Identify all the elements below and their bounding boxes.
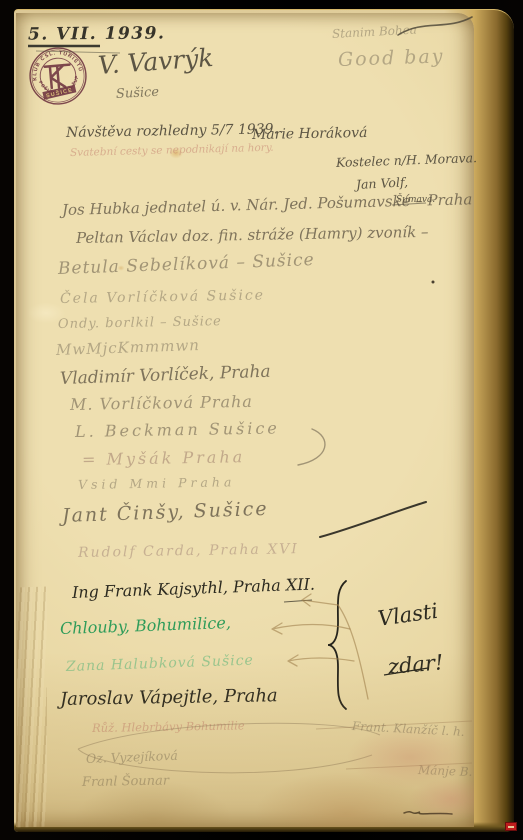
signature-e14: Čela Vorlíčková Sušice <box>60 287 265 307</box>
signature-e28: Vlasti <box>376 599 439 631</box>
signature-e4: Good bay <box>338 45 445 71</box>
signature-e11: Jos Hubka jednatel ú. v. Nár. Jed. Pošum… <box>62 190 473 219</box>
signature-e26: Zana Halubková Sušice <box>66 652 254 675</box>
pencil-arrows <box>272 594 368 699</box>
signature-e2: Sušice <box>116 85 160 102</box>
signature-e32: Franl Šounar <box>82 773 169 790</box>
signature-e13: Betula Sebelíková – Sušice <box>58 250 315 279</box>
signature-e19: L. Beckman Sušice <box>75 418 280 441</box>
red-scan-marker-dash <box>508 826 514 828</box>
signature-e21: Vsid Mmi Praha <box>78 474 236 492</box>
signature-e12: Peltan Václav doz. fin. stráže (Hamry) z… <box>76 223 429 247</box>
signature-e34: Mánje B. <box>418 763 473 779</box>
signature-e24: Ing Frank Kajsythl, Praha XII. <box>72 575 316 602</box>
signature-e23: Rudolf Carda, Praha XVI <box>78 541 299 561</box>
ink-squiggle-stroke <box>404 812 452 814</box>
signature-e33: Frant. Klanžíč l. h. <box>352 719 465 739</box>
date-heading: 5. VII. 1939. <box>28 23 166 44</box>
signature-e22: Jant Činšy, Sušice <box>62 498 269 527</box>
torn-edge-creases <box>17 586 47 827</box>
ink-speck <box>432 281 435 284</box>
signature-e3: Stanim Bohea <box>332 23 418 41</box>
red-scan-marker-icon <box>505 822 517 831</box>
signature-e9: Jan Volf, <box>356 174 409 192</box>
signature-e16: MwMjcKmmmwn <box>56 336 201 359</box>
signature-e20: = Myšák Praha <box>82 447 246 469</box>
signature-e7: Svatební cesty se nepodnikají na hory. <box>70 142 274 159</box>
book-background: 5. VII. 1939. KLUB ČSL. TURISTŮ POŠUMAVS… <box>0 0 523 840</box>
signature-e25: Chlouby, Bohumilice, <box>60 613 232 638</box>
signature-e8: Kostelec n/H. Morava. <box>336 150 478 170</box>
guestbook-page: 5. VII. 1939. KLUB ČSL. TURISTŮ POŠUMAVS… <box>16 13 474 827</box>
paper-wear-overlay <box>16 652 474 827</box>
tourist-club-stamp-icon: KLUB ČSL. TURISTŮ POŠUMAVSKÁ ŽUPA SUŠICE <box>25 43 90 108</box>
signature-e17: Vladimír Vorlíček, Praha <box>60 362 271 389</box>
signature-e31: Oz. Vyzejíková <box>86 748 178 766</box>
stamp-monogram-icon <box>45 65 72 89</box>
signature-e18: M. Vorlíčková Praha <box>70 392 253 414</box>
long-pen-stroke <box>320 502 426 537</box>
paren-flourish-stroke <box>298 429 325 465</box>
signature-e29: zdar! <box>387 650 444 679</box>
signature-e1: V. Vavrýk <box>97 43 214 80</box>
signature-e6: Marie Horáková <box>252 125 368 143</box>
curly-brace-stroke <box>328 581 346 709</box>
signature-e30: Růž. Hlebrbávy Bohumilie <box>92 718 245 735</box>
signature-e5: Návštěva rozhledny 5/7 1939. <box>66 121 278 141</box>
xii-underline-stroke <box>284 600 312 602</box>
signature-e15: Ondy. borlkil – Sušice <box>58 314 222 332</box>
signature-e27: Jaroslav Vápejtle, Praha <box>60 685 278 710</box>
